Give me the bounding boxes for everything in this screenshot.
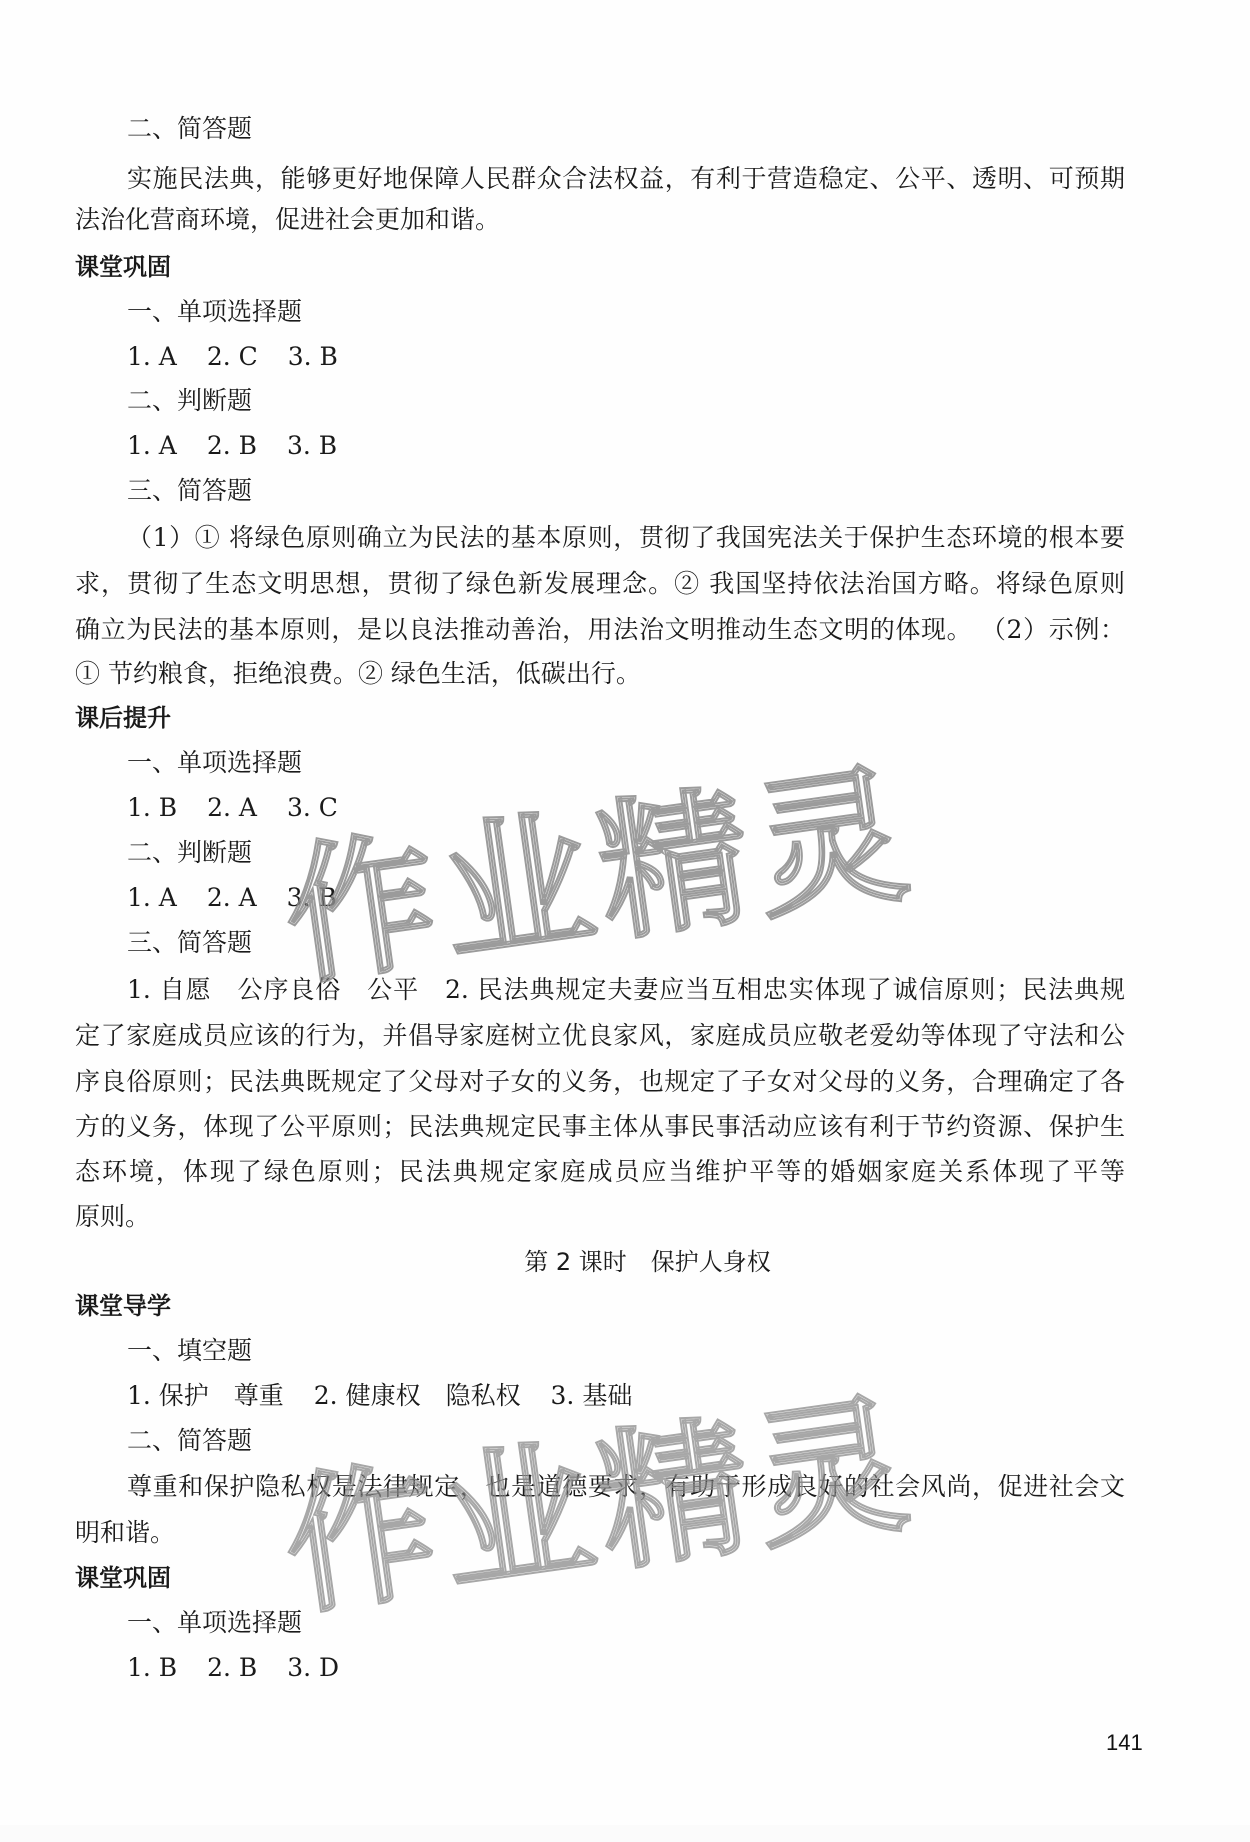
page-bottom-edge bbox=[0, 1825, 1250, 1842]
question-type-true-false: 二、判断题 bbox=[127, 833, 1125, 873]
answer-item: 3. B bbox=[287, 426, 337, 466]
answer-paragraph-line: 定了家庭成员应该的行为，并倡导家庭树立优良家风，家庭成员应敬老爱幼等体现了守法和… bbox=[75, 1016, 1125, 1056]
answer-paragraph-line: 方的义务，体现了公平原则；民法典规定民事主体从事民事活动应该有利于节约资源、保护… bbox=[75, 1107, 1125, 1147]
question-type-single-choice: 一、单项选择题 bbox=[127, 292, 1125, 332]
answer-item: 2. A bbox=[207, 788, 257, 828]
answer-item: 2. A bbox=[207, 878, 257, 918]
answer-item: 2. 健康权 隐私权 bbox=[314, 1376, 521, 1416]
answer-paragraph-line: 求，贯彻了生态文明思想，贯彻了绿色新发展理念。② 我国坚持依法治国方略。将绿色原… bbox=[75, 564, 1125, 604]
question-type-single-choice: 一、单项选择题 bbox=[127, 743, 1125, 783]
question-type-short-answer: 三、简答题 bbox=[127, 471, 1125, 511]
answer-list: 1. A 2. A 3. B bbox=[127, 878, 1125, 918]
section-heading-consolidation: 课堂巩固 bbox=[75, 247, 1125, 287]
answer-list: 1. A 2. C 3. B bbox=[127, 337, 1125, 377]
answer-key-page: 二、简答题 实施民法典，能够更好地保障人民群众合法权益，有利于营造稳定、公平、透… bbox=[0, 0, 1250, 1842]
answer-list: 1. A 2. B 3. B bbox=[127, 426, 1125, 466]
answer-paragraph-line: 明和谐。 bbox=[75, 1513, 1125, 1553]
answer-item: 3. B bbox=[287, 878, 337, 918]
answer-list: 1. 保护 尊重 2. 健康权 隐私权 3. 基础 bbox=[127, 1376, 1125, 1416]
answer-item: 2. C bbox=[207, 337, 258, 377]
answer-item: 1. A bbox=[127, 426, 177, 466]
answer-item: 3. D bbox=[287, 1648, 339, 1688]
answer-paragraph-line: 法治化营商环境，促进社会更加和谐。 bbox=[75, 200, 1125, 240]
answer-item: 2. B bbox=[207, 426, 257, 466]
answer-list: 1. B 2. A 3. C bbox=[127, 788, 1125, 828]
answer-paragraph-line: （1）① 将绿色原则确立为民法的基本原则，贯彻了我国宪法关于保护生态环境的根本要 bbox=[127, 518, 1125, 558]
answer-item: 3. B bbox=[288, 337, 338, 377]
question-type-fill-blank: 一、填空题 bbox=[127, 1331, 1125, 1371]
answer-paragraph-line: 确立为民法的基本原则，是以良法推动善治，用法治文明推动生态文明的体现。 （2）示… bbox=[75, 610, 1125, 650]
answer-item: 1. B bbox=[127, 1648, 177, 1688]
answer-paragraph-line: ① 节约粮食，拒绝浪费。② 绿色生活，低碳出行。 bbox=[75, 654, 1125, 694]
answer-item: 1. B bbox=[127, 788, 177, 828]
answer-paragraph-line: 原则。 bbox=[75, 1197, 1125, 1237]
section-heading-improvement: 课后提升 bbox=[75, 698, 1125, 738]
question-type-true-false: 二、判断题 bbox=[127, 381, 1125, 421]
answer-paragraph-line: 序良俗原则；民法典既规定了父母对子女的义务，也规定了子女对父母的义务，合理确定了… bbox=[75, 1062, 1125, 1102]
answer-item: 1. 保护 尊重 bbox=[127, 1376, 284, 1416]
answer-item: 1. A bbox=[127, 337, 177, 377]
question-type-single-choice: 一、单项选择题 bbox=[127, 1603, 1125, 1643]
answer-item: 3. C bbox=[287, 788, 338, 828]
question-type-short-answer: 二、简答题 bbox=[127, 1421, 1125, 1461]
answer-item: 2. B bbox=[207, 1648, 257, 1688]
section-heading-consolidation: 课堂巩固 bbox=[75, 1558, 1125, 1598]
question-type-short-answer: 二、简答题 bbox=[127, 109, 1125, 149]
answer-paragraph-line: 1. 自愿 公序良俗 公平 2. 民法典规定夫妻应当互相忠实体现了诚信原则；民法… bbox=[127, 970, 1125, 1010]
question-type-short-answer: 三、简答题 bbox=[127, 923, 1125, 963]
answer-paragraph-line: 尊重和保护隐私权是法律规定，也是道德要求，有助于形成良好的社会风尚，促进社会文 bbox=[127, 1467, 1125, 1507]
answer-item: 3. 基础 bbox=[551, 1376, 633, 1416]
answer-paragraph-line: 实施民法典，能够更好地保障人民群众合法权益，有利于营造稳定、公平、透明、可预期的 bbox=[127, 159, 1125, 199]
lesson-title: 第 2 课时 保护人身权 bbox=[0, 1242, 1250, 1282]
answer-item: 1. A bbox=[127, 878, 177, 918]
page-number: 141 bbox=[1106, 1730, 1143, 1756]
answer-list: 1. B 2. B 3. D bbox=[127, 1648, 1125, 1688]
section-heading-guide: 课堂导学 bbox=[75, 1286, 1125, 1326]
answer-paragraph-line: 态环境，体现了绿色原则；民法典规定家庭成员应当维护平等的婚姻家庭关系体现了平等 bbox=[75, 1152, 1125, 1192]
